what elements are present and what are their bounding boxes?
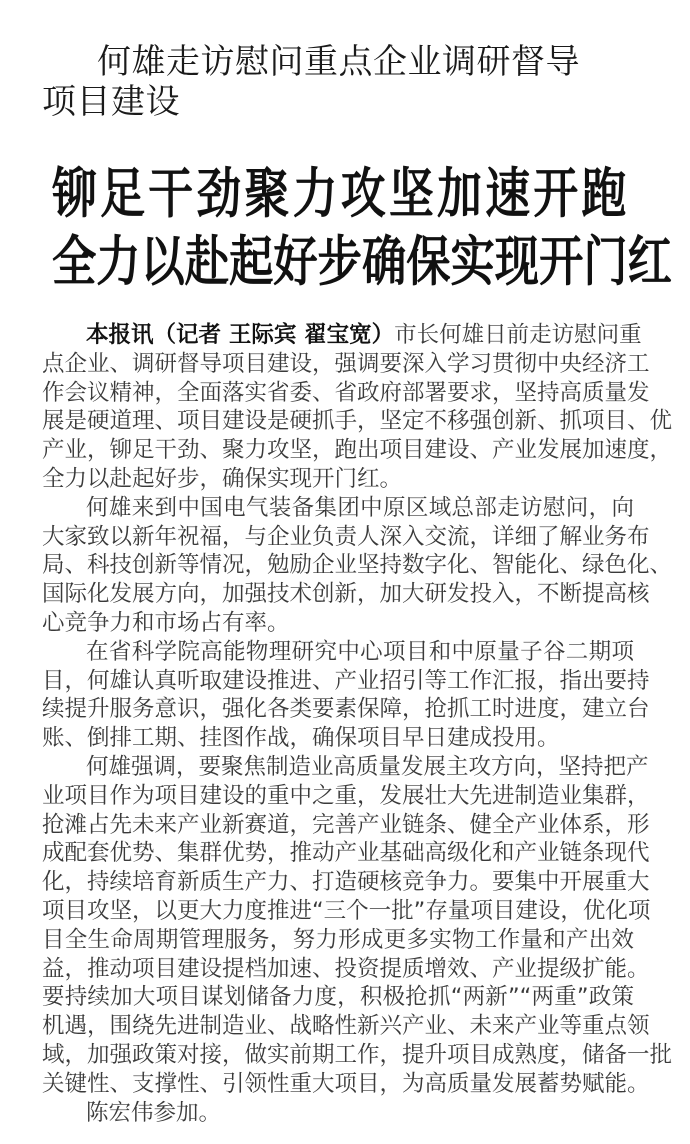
article-subtitle: 何雄走访慰问重点企业调研督导 项目建设: [42, 42, 662, 122]
body-line: 项目攻坚，以更大力度推进“三个一批”存量项目建设，优化项: [42, 897, 634, 926]
body-line: 抢滩占先未来产业新赛道，完善产业链条、健全产业体系，形: [42, 811, 634, 840]
body-line: 局、科技创新等情况，勉励企业坚持数字化、智能化、绿色化、: [42, 551, 634, 580]
body-line: 大家致以新年祝福，与企业负责人深入交流，详细了解业务布: [42, 523, 634, 552]
body-line: 何雄强调，要聚焦制造业高质量发展主攻方向，坚持把产: [42, 753, 634, 782]
article-headline: 铆足干劲聚力攻坚加速开跑 全力以赴起好步确保实现开门红: [52, 160, 622, 296]
headline-line-1: 铆足干劲聚力攻坚加速开跑: [52, 160, 525, 228]
body-line: 国际化发展方向，加强技术创新，加大研发投入，不断提高核: [42, 580, 634, 609]
body-line: 化，持续培育新质生产力、打造硬核竞争力。要集中开展重大: [42, 868, 634, 897]
article-body: 本报讯（记者 王际宾 翟宝宽）市长何雄日前走访慰问重 点企业、调研督导项目建设，…: [42, 321, 634, 1127]
body-line: 目，何雄认真听取建设推进、产业招引等工作汇报，指出要持: [42, 667, 634, 696]
body-line: 成配套优势、集群优势，推动产业基础高级化和产业链条现代: [42, 839, 634, 868]
byline-rest: 市长何雄日前走访慰问重: [394, 322, 642, 348]
headline-line-2: 全力以赴起好步确保实现开门红: [52, 228, 519, 296]
subtitle-line-2: 项目建设: [42, 82, 662, 122]
body-line: 益，推动项目建设提档加速、投资提质增效、产业提级扩能。: [42, 955, 634, 984]
body-line: 展是硬道理、项目建设是硬抓手，坚定不移强创新、抓项目、优: [42, 407, 634, 436]
body-line: 要持续加大项目谋划储备力度，积极抢抓“两新”“两重”政策: [42, 983, 634, 1012]
body-line: 陈宏伟参加。: [42, 1099, 634, 1128]
body-line: 目全生命周期管理服务，努力形成更多实物工作量和产出效: [42, 926, 634, 955]
byline-lead: 本报讯（记者 王际宾 翟宝宽）: [86, 322, 394, 348]
body-line: 在省科学院高能物理研究中心项目和中原量子谷二期项: [42, 638, 634, 667]
byline-line: 本报讯（记者 王际宾 翟宝宽）市长何雄日前走访慰问重: [42, 321, 634, 350]
body-line: 业项目作为项目建设的重中之重，发展壮大先进制造业集群，: [42, 782, 634, 811]
body-line: 全力以赴起好步，确保实现开门红。: [42, 465, 634, 494]
body-line: 点企业、调研督导项目建设，强调要深入学习贯彻中央经济工: [42, 350, 634, 379]
body-line: 关键性、支撑性、引领性重大项目，为高质量发展蓄势赋能。: [42, 1070, 634, 1099]
body-line: 心竞争力和市场占有率。: [42, 609, 634, 638]
body-line: 域，加强政策对接，做实前期工作，提升项目成熟度，储备一批: [42, 1041, 634, 1070]
body-line: 机遇，围绕先进制造业、战略性新兴产业、未来产业等重点领: [42, 1012, 634, 1041]
body-line: 产业，铆足干劲、聚力攻坚，跑出项目建设、产业发展加速度，: [42, 436, 634, 465]
body-line: 续提升服务意识，强化各类要素保障，抢抓工时进度，建立台: [42, 695, 634, 724]
body-line: 账、倒排工期、挂图作战，确保项目早日建成投用。: [42, 724, 634, 753]
body-line: 何雄来到中国电气装备集团中原区域总部走访慰问，向: [42, 494, 634, 523]
body-line: 作会议精神，全面落实省委、省政府部署要求，坚持高质量发: [42, 379, 634, 408]
subtitle-line-1: 何雄走访慰问重点企业调研督导: [42, 42, 662, 82]
